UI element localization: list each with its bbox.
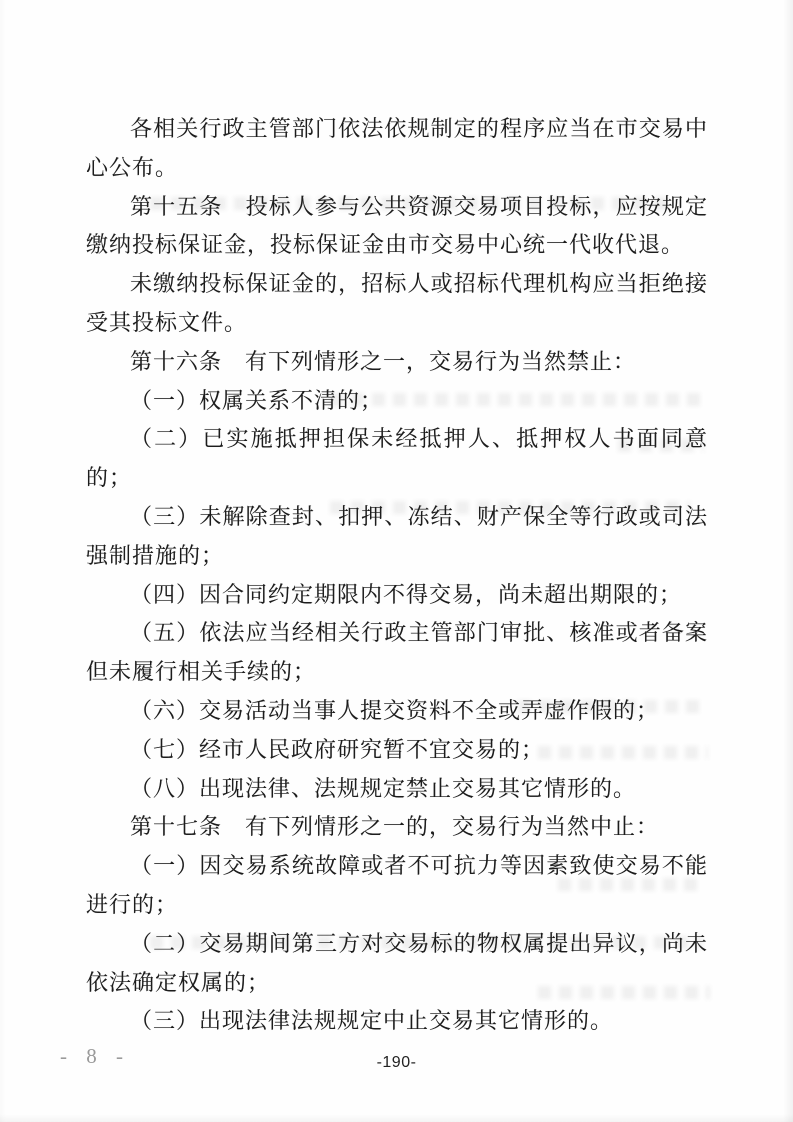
printed-page-number: -190- [0, 1054, 793, 1072]
paragraph: （七）经市人民政府研究暂不宜交易的； [86, 731, 708, 770]
paragraph: （三）出现法律法规规定中止交易其它情形的。 [86, 1002, 708, 1041]
paragraph: （四）因合同约定期限内不得交易，尚未超出期限的； [86, 576, 708, 615]
paragraph: （三）未解除查封、扣押、冻结、财产保全等行政或司法强制措施的； [86, 498, 708, 576]
paragraph: 各相关行政主管部门依法依规制定的程序应当在市交易中心公布。 [86, 110, 708, 188]
paragraph: （一）权属关系不清的； [86, 382, 708, 421]
document-body: 各相关行政主管部门依法依规制定的程序应当在市交易中心公布。第十五条 投标人参与公… [86, 110, 708, 1041]
scanned-document-page: 各相关行政主管部门依法依规制定的程序应当在市交易中心公布。第十五条 投标人参与公… [0, 0, 793, 1122]
paragraph: （六）交易活动当事人提交资料不全或弄虚作假的； [86, 692, 708, 731]
paragraph: （二）已实施抵押担保未经抵押人、抵押权人书面同意的； [86, 420, 708, 498]
paragraph: （八）出现法律、法规规定禁止交易其它情形的。 [86, 770, 708, 809]
paragraph: 第十七条 有下列情形之一的，交易行为当然中止： [86, 808, 708, 847]
paragraph: 第十五条 投标人参与公共资源交易项目投标，应按规定缴纳投标保证金，投标保证金由市… [86, 188, 708, 266]
paragraph: （二）交易期间第三方对交易标的物权属提出异议，尚未依法确定权属的； [86, 925, 708, 1003]
paragraph: 未缴纳投标保证金的，招标人或招标代理机构应当拒绝接受其投标文件。 [86, 265, 708, 343]
paragraph: 第十六条 有下列情形之一，交易行为当然禁止： [86, 343, 708, 382]
paragraph: （一）因交易系统故障或者不可抗力等因素致使交易不能进行的； [86, 847, 708, 925]
paragraph: （五）依法应当经相关行政主管部门审批、核准或者备案但未履行相关手续的； [86, 614, 708, 692]
